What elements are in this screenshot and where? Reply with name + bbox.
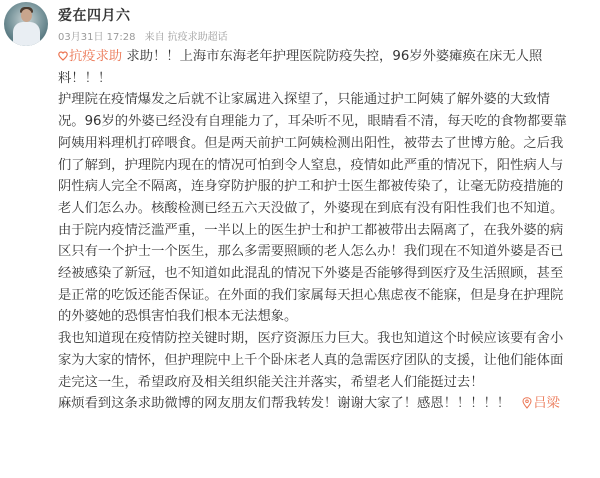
content-last-line: 麻烦看到这条求助微博的网友朋友们帮我转发！谢谢大家了！感恩！！！！！ 吕梁 (58, 393, 594, 415)
author-name[interactable]: 爱在四月六 (58, 5, 131, 25)
text-line: 区只有一个护士一个医生，那么多需要照顾的老人怎么办！我们现在不知道外婆是否已 (58, 241, 594, 263)
text-line: 们了解到，护理院内现在的情况可怕到令人窒息，疫情如此严重的情况下，阳性病人与 (58, 155, 594, 177)
location-label: 吕梁 (533, 396, 560, 411)
location-link[interactable]: 吕梁 (522, 396, 560, 411)
post-content: 抗疫求助 求助！！上海市东海老年护理医院防疫失控，96岁外婆瘫痪在床无人照 料！… (58, 46, 594, 415)
hashtag-link[interactable]: 抗疫求助 (58, 49, 122, 64)
avatar[interactable] (4, 2, 48, 46)
text-line: 经被感染了新冠，也不知道如此混乱的情况下外婆是否能够得到医疗及生活照顾，甚至 (58, 263, 594, 285)
avatar-body (13, 22, 40, 46)
avatar-head (21, 9, 32, 22)
text-line: 是正常的吃饭还能否保证。在外面的我们家属每天担心焦虑夜不能寐，但是身在护理院 (58, 285, 594, 307)
content-line-0: 抗疫求助 求助！！上海市东海老年护理医院防疫失控，96岁外婆瘫痪在床无人照 (58, 46, 594, 68)
text-line: 护理院在疫情爆发之后就不让家属进入探望了，只能通过护工阿姨了解外婆的大致情 (58, 89, 594, 111)
super-topic-icon (58, 51, 68, 61)
weibo-post: 爱在四月六 03月31日 17:28 来自抗疫求助超话 抗疫求助 求助！！上海市… (0, 0, 600, 478)
text-line: 麻烦看到这条求助微博的网友朋友们帮我转发！谢谢大家了！感恩！！！！！ (58, 396, 510, 411)
text-line: 阿姨用料理机打碎喂食。但是两天前护工阿姨检测出阳性，被带去了世博方舱。之后我 (58, 133, 594, 155)
text-line: 老人们怎么办。核酸检测已经五六天没做了，外婆现在到底有没有阳性我们也不知道。 (58, 198, 594, 220)
source-link[interactable]: 抗疫求助超话 (168, 32, 228, 43)
hashtag-label: 抗疫求助 (69, 49, 122, 64)
text-line: 由于院内疫情泛滥严重，一半以上的医生护士和护工都被带出去隔离了，在我外婆的病 (58, 220, 594, 242)
text-line: 我也知道现在疫情防控关键时期，医疗资源压力巨大。我也知道这个时候应该要有舍小 (58, 328, 594, 350)
post-date[interactable]: 03月31日 17:28 (58, 32, 135, 43)
text-line: 的外婆她的恐惧害怕我们根本无法想象。 (58, 306, 594, 328)
location-pin-icon (522, 397, 532, 409)
text-line: 走完这一生，希望政府及相关组织能关注并落实，希望老人们能挺过去！ (58, 372, 594, 394)
text-line: 求助！！上海市东海老年护理医院防疫失控，96岁外婆瘫痪在床无人照 (126, 49, 542, 64)
post-meta: 03月31日 17:28 来自抗疫求助超话 (58, 28, 234, 43)
text-line: 况。96岁的外婆已经没有自理能力了，耳朵听不见，眼睛看不清，每天吃的食物都要靠 (58, 111, 594, 133)
source-prefix: 来自 (145, 32, 165, 43)
text-line: 家为大家的情怀，但护理院中上千个卧床老人真的急需医疗团队的支援，让他们能体面 (58, 350, 594, 372)
text-line: 料！！！ (58, 68, 594, 90)
text-line: 阴性病人完全不隔离，连身穿防护服的护工和护士医生都被传染了，让毫无防疫措施的 (58, 176, 594, 198)
